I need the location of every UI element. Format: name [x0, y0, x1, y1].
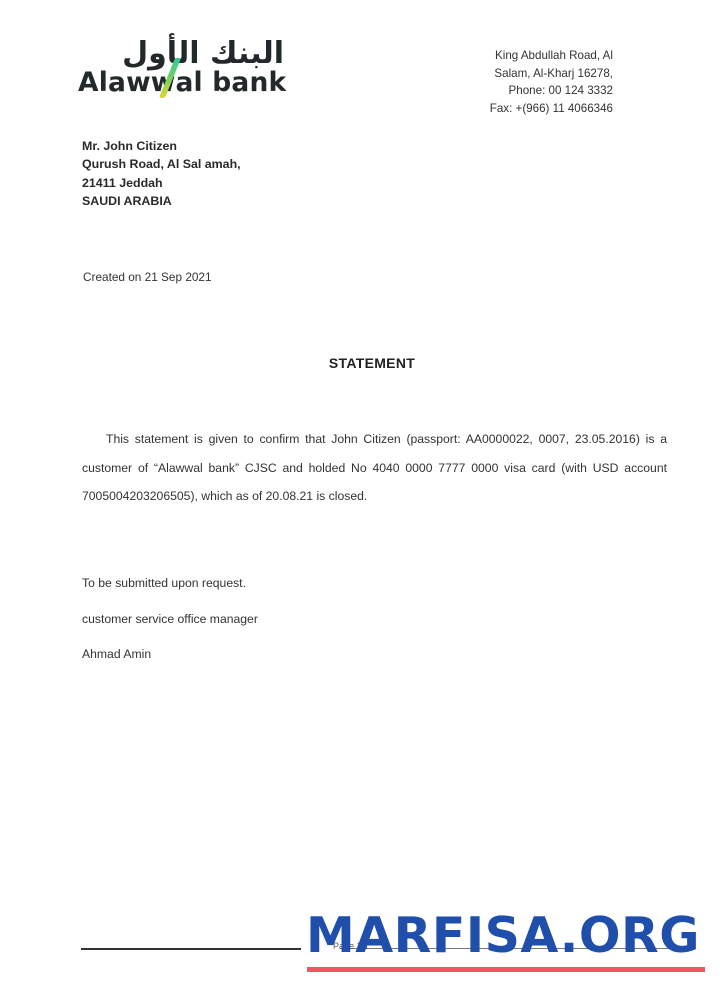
closing-note: To be submitted upon request. [82, 576, 246, 590]
bank-address: King Abdullah Road, Al Salam, Al-Kharj 1… [490, 47, 613, 117]
logo-english-text: Alawwal bank [78, 68, 286, 98]
logo-arabic-text: البنك الأول [122, 38, 284, 70]
footer-divider [81, 948, 301, 950]
watermark-text: MARFISA.ORG [306, 906, 700, 966]
signatory-position: customer service office manager [82, 612, 258, 626]
recipient-country: SAUDI ARABIA [82, 192, 241, 210]
fax-line: Fax: +(966) 11 4066346 [490, 100, 613, 118]
created-date: Created on 21 Sep 2021 [83, 270, 212, 284]
watermark-underline [307, 967, 705, 972]
document-title: STATEMENT [0, 355, 720, 371]
statement-body: This statement is given to confirm that … [82, 425, 667, 511]
address-line: King Abdullah Road, Al [490, 47, 613, 65]
address-line: Salam, Al-Kharj 16278, [490, 65, 613, 83]
recipient-address: Mr. John Citizen Qurush Road, Al Sal ama… [82, 137, 241, 210]
phone-line: Phone: 00 124 3332 [490, 82, 613, 100]
bank-logo: البنك الأول Alawwal bank [78, 38, 298, 102]
recipient-name: Mr. John Citizen [82, 137, 241, 155]
recipient-street: Qurush Road, Al Sal amah, [82, 155, 241, 173]
recipient-city: 21411 Jeddah [82, 174, 241, 192]
signatory-name: Ahmad Amin [82, 647, 151, 661]
